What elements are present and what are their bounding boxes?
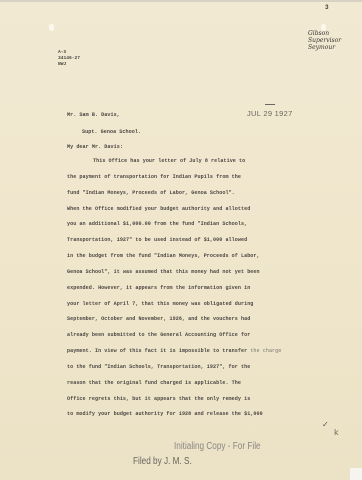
reference-line: NWJ [58, 62, 80, 68]
handwritten-line: Supervisor [308, 37, 341, 44]
body-line: your letter of April 7, that this money … [67, 301, 253, 307]
body-line: Transportation, 1927" to be used instead… [67, 237, 247, 243]
body-line: in the budget from the fund "Indian Mone… [67, 253, 260, 259]
body-line: the payment of transportation for Indian… [67, 174, 241, 180]
recipient-name: Mr. Sam B. Davis, [67, 112, 120, 118]
body-line: payment. In view of this fact it is impo… [67, 348, 281, 354]
initial-mark: k [334, 428, 339, 437]
body-line: to the fund "Indian Schools, Transportat… [67, 364, 250, 370]
page-number: 3 [325, 4, 329, 11]
page-corner [350, 468, 362, 480]
handwritten-note: Gibson Supervisor Seymour [308, 30, 341, 51]
body-line: reason that the original fund charged is… [67, 380, 241, 386]
body-line: you an additional $1,000.00 from the fun… [67, 221, 247, 227]
stamp-mark [265, 104, 275, 105]
punch-hole [49, 24, 54, 31]
body-line: fund "Indian Moneys, Proceeds of Labor, … [67, 190, 235, 196]
handwritten-line: Gibson [308, 30, 341, 37]
body-line: When the Office modified your budget aut… [67, 206, 250, 212]
reference-block: A-S 34146-27 NWJ [58, 50, 80, 68]
body-line: to modify your budget authority for 1928… [67, 411, 263, 417]
body-line-text: payment. In view of this fact it is impo… [67, 348, 247, 354]
body-line: September, October and November, 1926, a… [67, 316, 250, 322]
document-page: 3 A-S 34146-27 NWJ Gibson Supervisor Sey… [0, 0, 362, 480]
handwritten-line: Seymour [308, 44, 341, 51]
date-stamp: JUL 29 1927 [247, 109, 293, 118]
scan-edge [0, 0, 362, 2]
body-line: already been submitted to the General Ac… [67, 332, 250, 338]
body-line: Office regrets this, but it appears that… [67, 396, 250, 402]
initialing-copy-stamp: Initialing Copy - For File [174, 441, 261, 452]
recipient-title: Supt. Genoa School. [82, 129, 141, 135]
salutation: My dear Mr. Davis: [67, 144, 123, 150]
inserted-text: the charge [250, 348, 281, 354]
body-line: This Office has your letter of July 8 re… [93, 158, 245, 164]
filed-by-stamp: Filed by J. M. S. [133, 456, 192, 467]
check-mark-icon: ✓ [322, 420, 329, 429]
body-line: Genoa School", it was assumed that this … [67, 269, 260, 275]
body-line: expended. However, it appears from the i… [67, 285, 250, 291]
